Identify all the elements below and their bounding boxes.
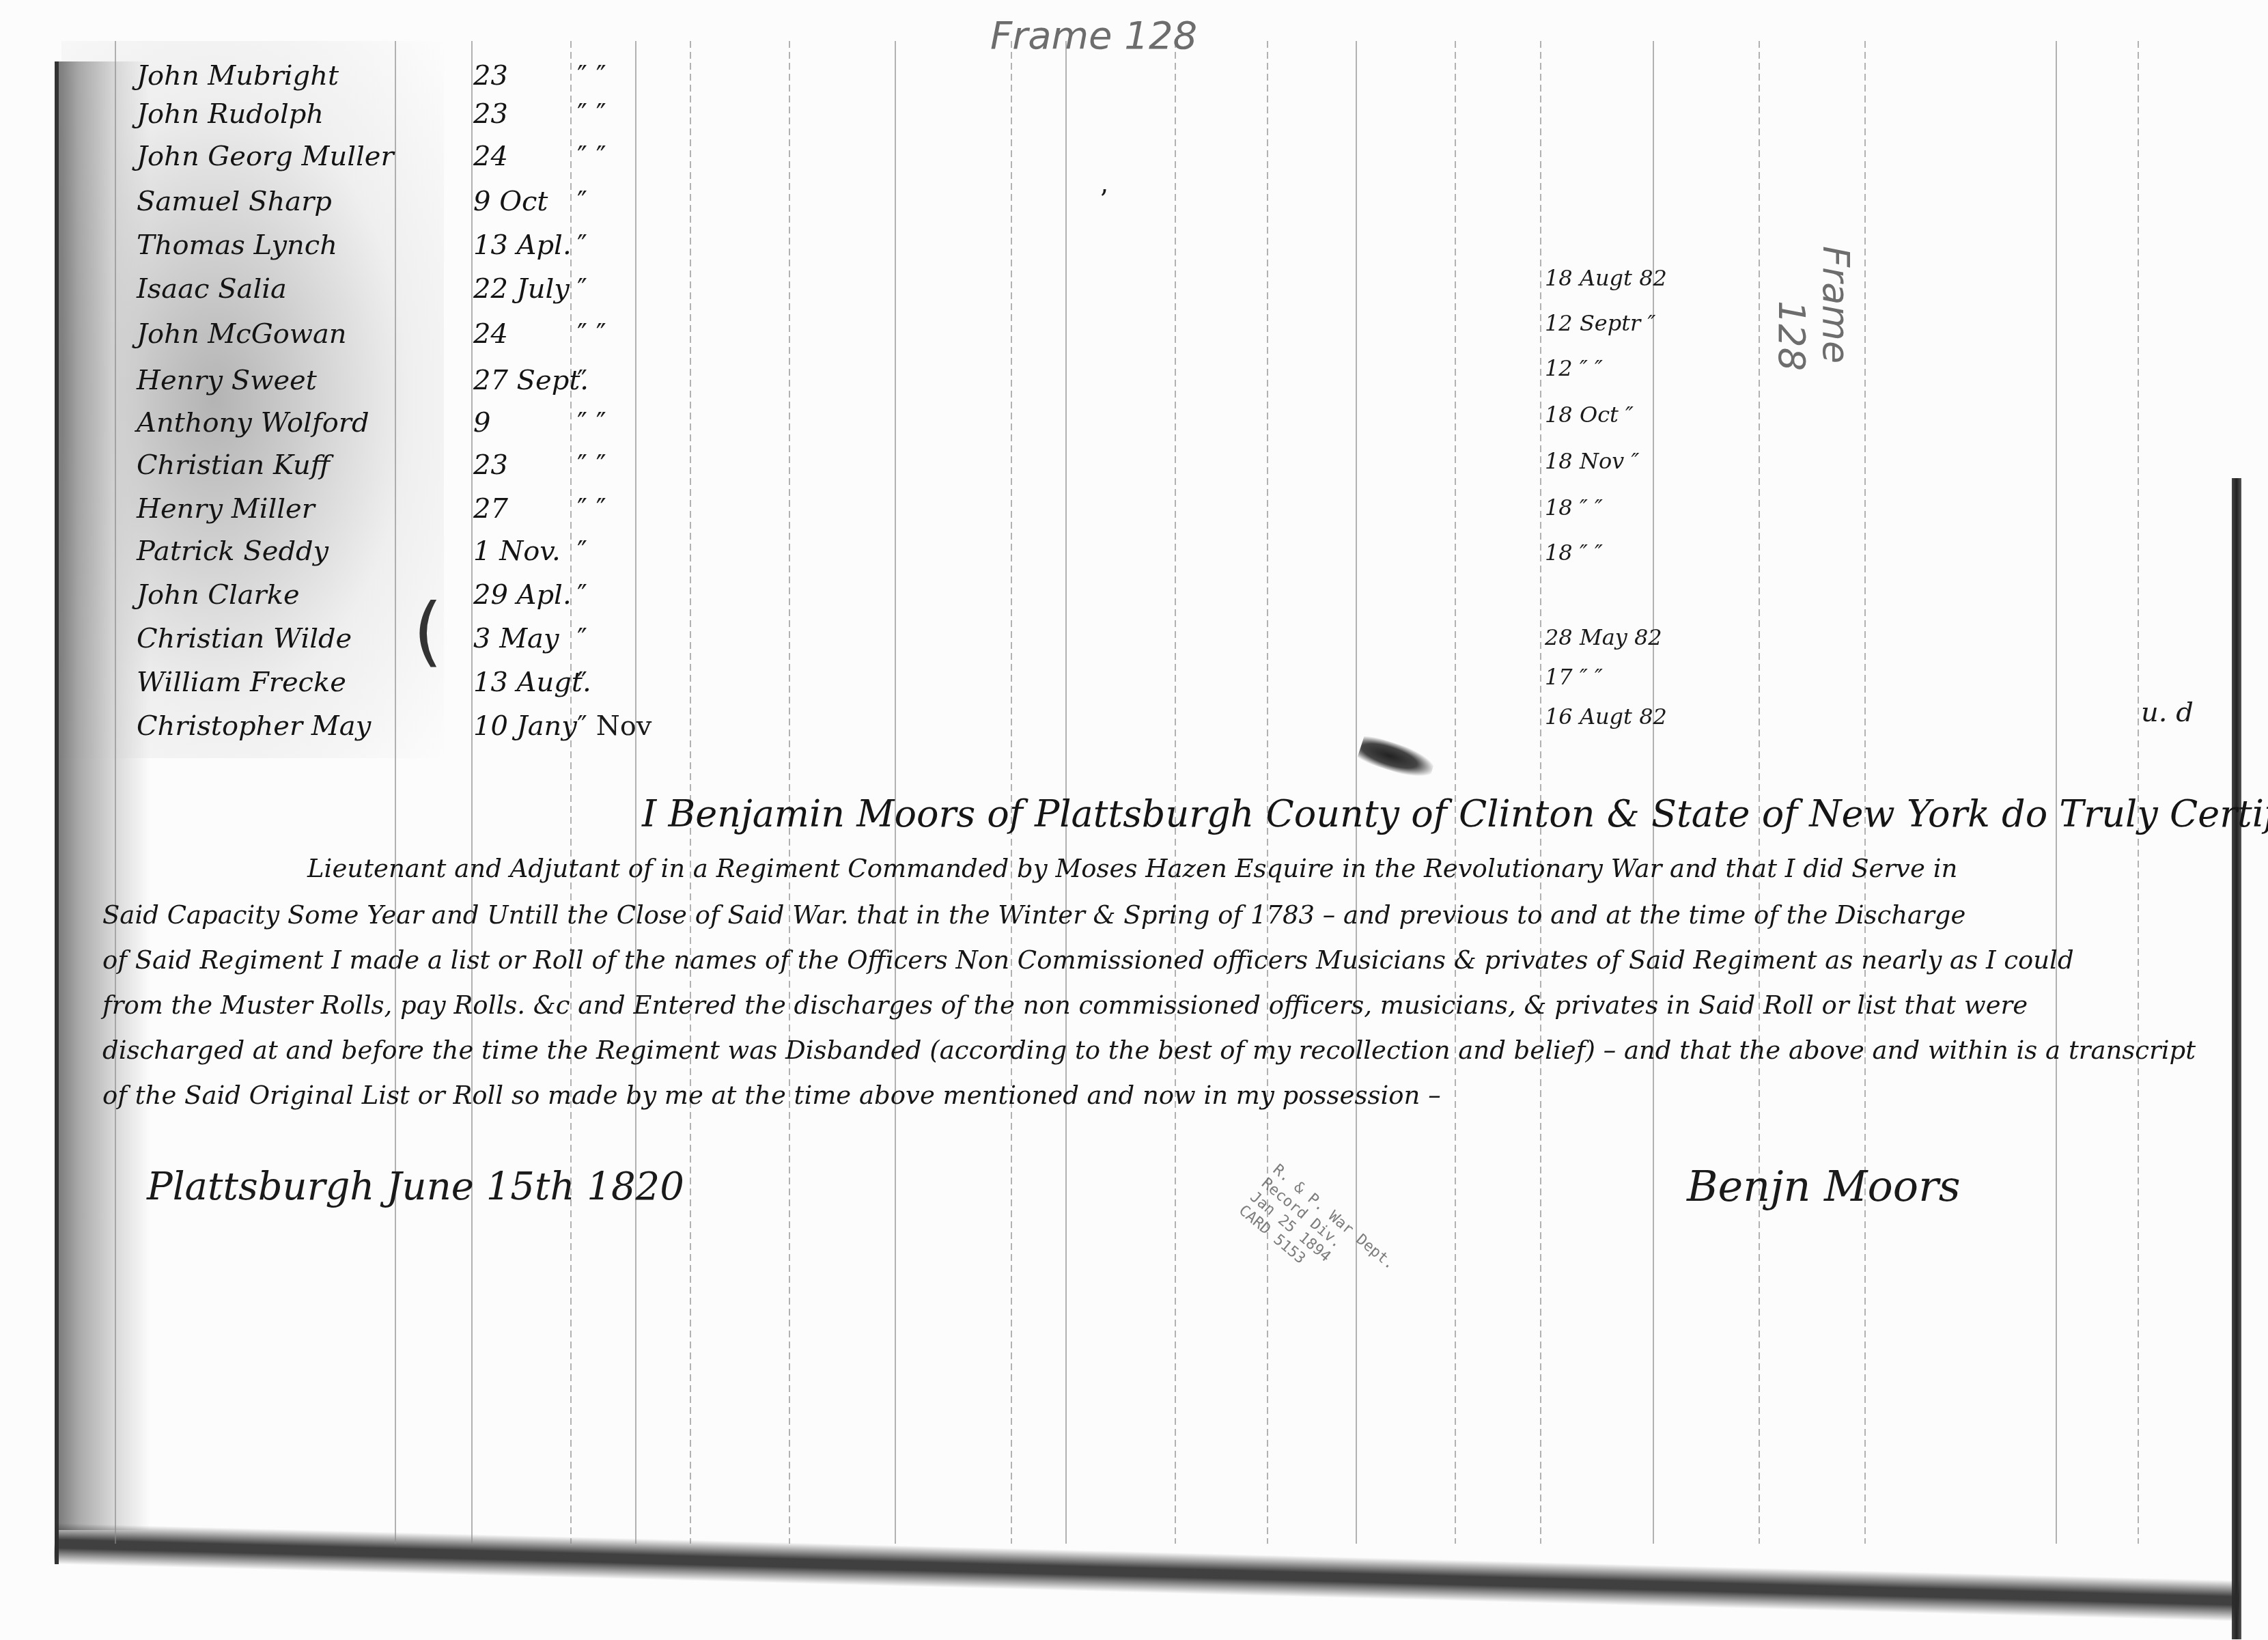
column-rule [395,41,396,1544]
ditto-mark: ″ [577,230,587,261]
certification-line: Lieutenant and Adjutant of in a Regiment… [307,854,1957,883]
page-edge-right [2232,478,2241,1639]
tick-mark: ’ [1100,184,1108,216]
ditto-mark: ″ [577,623,587,654]
discharge-entry: 12 ″ ″ [1545,355,1603,381]
discharge-entry: 17 ″ ″ [1545,664,1603,690]
certification-line: of the Said Original List or Roll so mad… [102,1081,1441,1110]
soldier-name: John Rudolph [137,98,423,130]
scanned-document-page: Frame 128 Frame 128 John Mubright 23 ″ ″… [0,0,2268,1640]
enlist-date: 1 Nov. [473,536,610,567]
ink-blot [1357,734,1437,783]
discharge-entry: 16 Augt 82 [1545,704,1667,729]
enlist-date: 13 Augt. [473,667,610,698]
enlist-date: 13 Apl. [473,230,610,261]
ditto-mark: ″ [577,186,587,217]
certification-line: from the Muster Rolls, pay Rolls. &c and… [102,990,2028,1020]
ditto-mark: ″ ″ [577,141,606,172]
enlist-date: 3 May [473,623,610,654]
soldier-name: Thomas Lynch [137,230,423,261]
ditto-mark: ″ [577,273,587,305]
ditto-mark: ″ [577,365,587,396]
column-rule [115,41,116,1544]
soldier-name: Isaac Salia [137,273,423,305]
frame-annotation-side-word: Frame [1815,246,1858,363]
soldier-name: Henry Miller [137,493,423,525]
soldier-name: John Clarke [137,579,423,611]
soldier-name: John McGowan [137,318,423,350]
discharge-entry: 18 ″ ″ [1545,540,1603,566]
enlist-date: 22 July [473,273,610,305]
discharge-entry: 18 Nov ″ [1545,448,1639,474]
certification-line: I Benjamin Moors of Plattsburgh County o… [642,792,2268,835]
discharge-entry: 18 ″ ″ [1545,495,1603,520]
place-and-date: Plattsburgh June 15th 1820 [147,1165,684,1209]
enlist-date: 9 Oct [473,186,610,217]
column-rule [471,41,473,1544]
discharge-entry: 12 Septr ″ [1545,310,1656,336]
soldier-name: Christian Kuff [137,449,423,481]
ditto-mark: ″ ″ [577,493,606,525]
column-rule [570,41,572,1544]
ditto-mark: ″ ″ [577,449,606,481]
soldier-name: Anthony Wolford [137,407,423,439]
soldier-name: Henry Sweet [137,365,423,396]
bracket-mark: ( [413,587,443,675]
archival-stamp: R. & P. War Dept. Record Div. Jan 25 189… [1235,1161,1398,1314]
scan-shadow-left [55,61,150,1530]
certification-line: discharged at and before the time the Re… [102,1036,2196,1065]
column-rule [635,41,636,1544]
ditto-mark: ″ ″ [577,318,606,350]
discharge-entry: 18 Oct ″ [1545,402,1634,428]
ud-mark: u. d [2141,697,2194,728]
ditto-mark: ″ Nov [577,710,652,742]
ditto-mark: ″ ″ [577,98,606,130]
ditto-mark: ″ ″ [577,60,606,92]
page-edge-left [55,61,59,1564]
soldier-name: Patrick Seddy [137,536,423,567]
discharge-entry: 18 Augt 82 [1545,265,1667,291]
soldier-name: John Georg Muller [137,141,423,172]
soldier-name: Samuel Sharp [137,186,423,217]
enlist-date: 29 Apl. [473,579,610,611]
ditto-mark: ″ [577,667,587,698]
discharge-entry: 28 May 82 [1545,624,1662,650]
scan-shadow-bottom [54,1523,2239,1622]
certification-line: of Said Regiment I made a list or Roll o… [102,945,2074,975]
ditto-mark: ″ [577,579,587,611]
soldier-name: Christian Wilde [137,623,423,654]
soldier-name: John Mubright [137,60,423,92]
soldier-name: Christopher May [137,710,423,742]
certification-line: Said Capacity Some Year and Untill the C… [102,900,1965,930]
ditto-mark: ″ [577,536,587,567]
signature: Benjn Moors [1687,1161,1961,1211]
frame-annotation-side-number: 128 [1770,301,1813,371]
soldier-name: William Frecke [137,667,423,698]
frame-annotation-top: Frame 128 [990,14,1197,58]
enlist-date: 27 Sept. [473,365,610,396]
ditto-mark: ″ ″ [577,407,606,439]
